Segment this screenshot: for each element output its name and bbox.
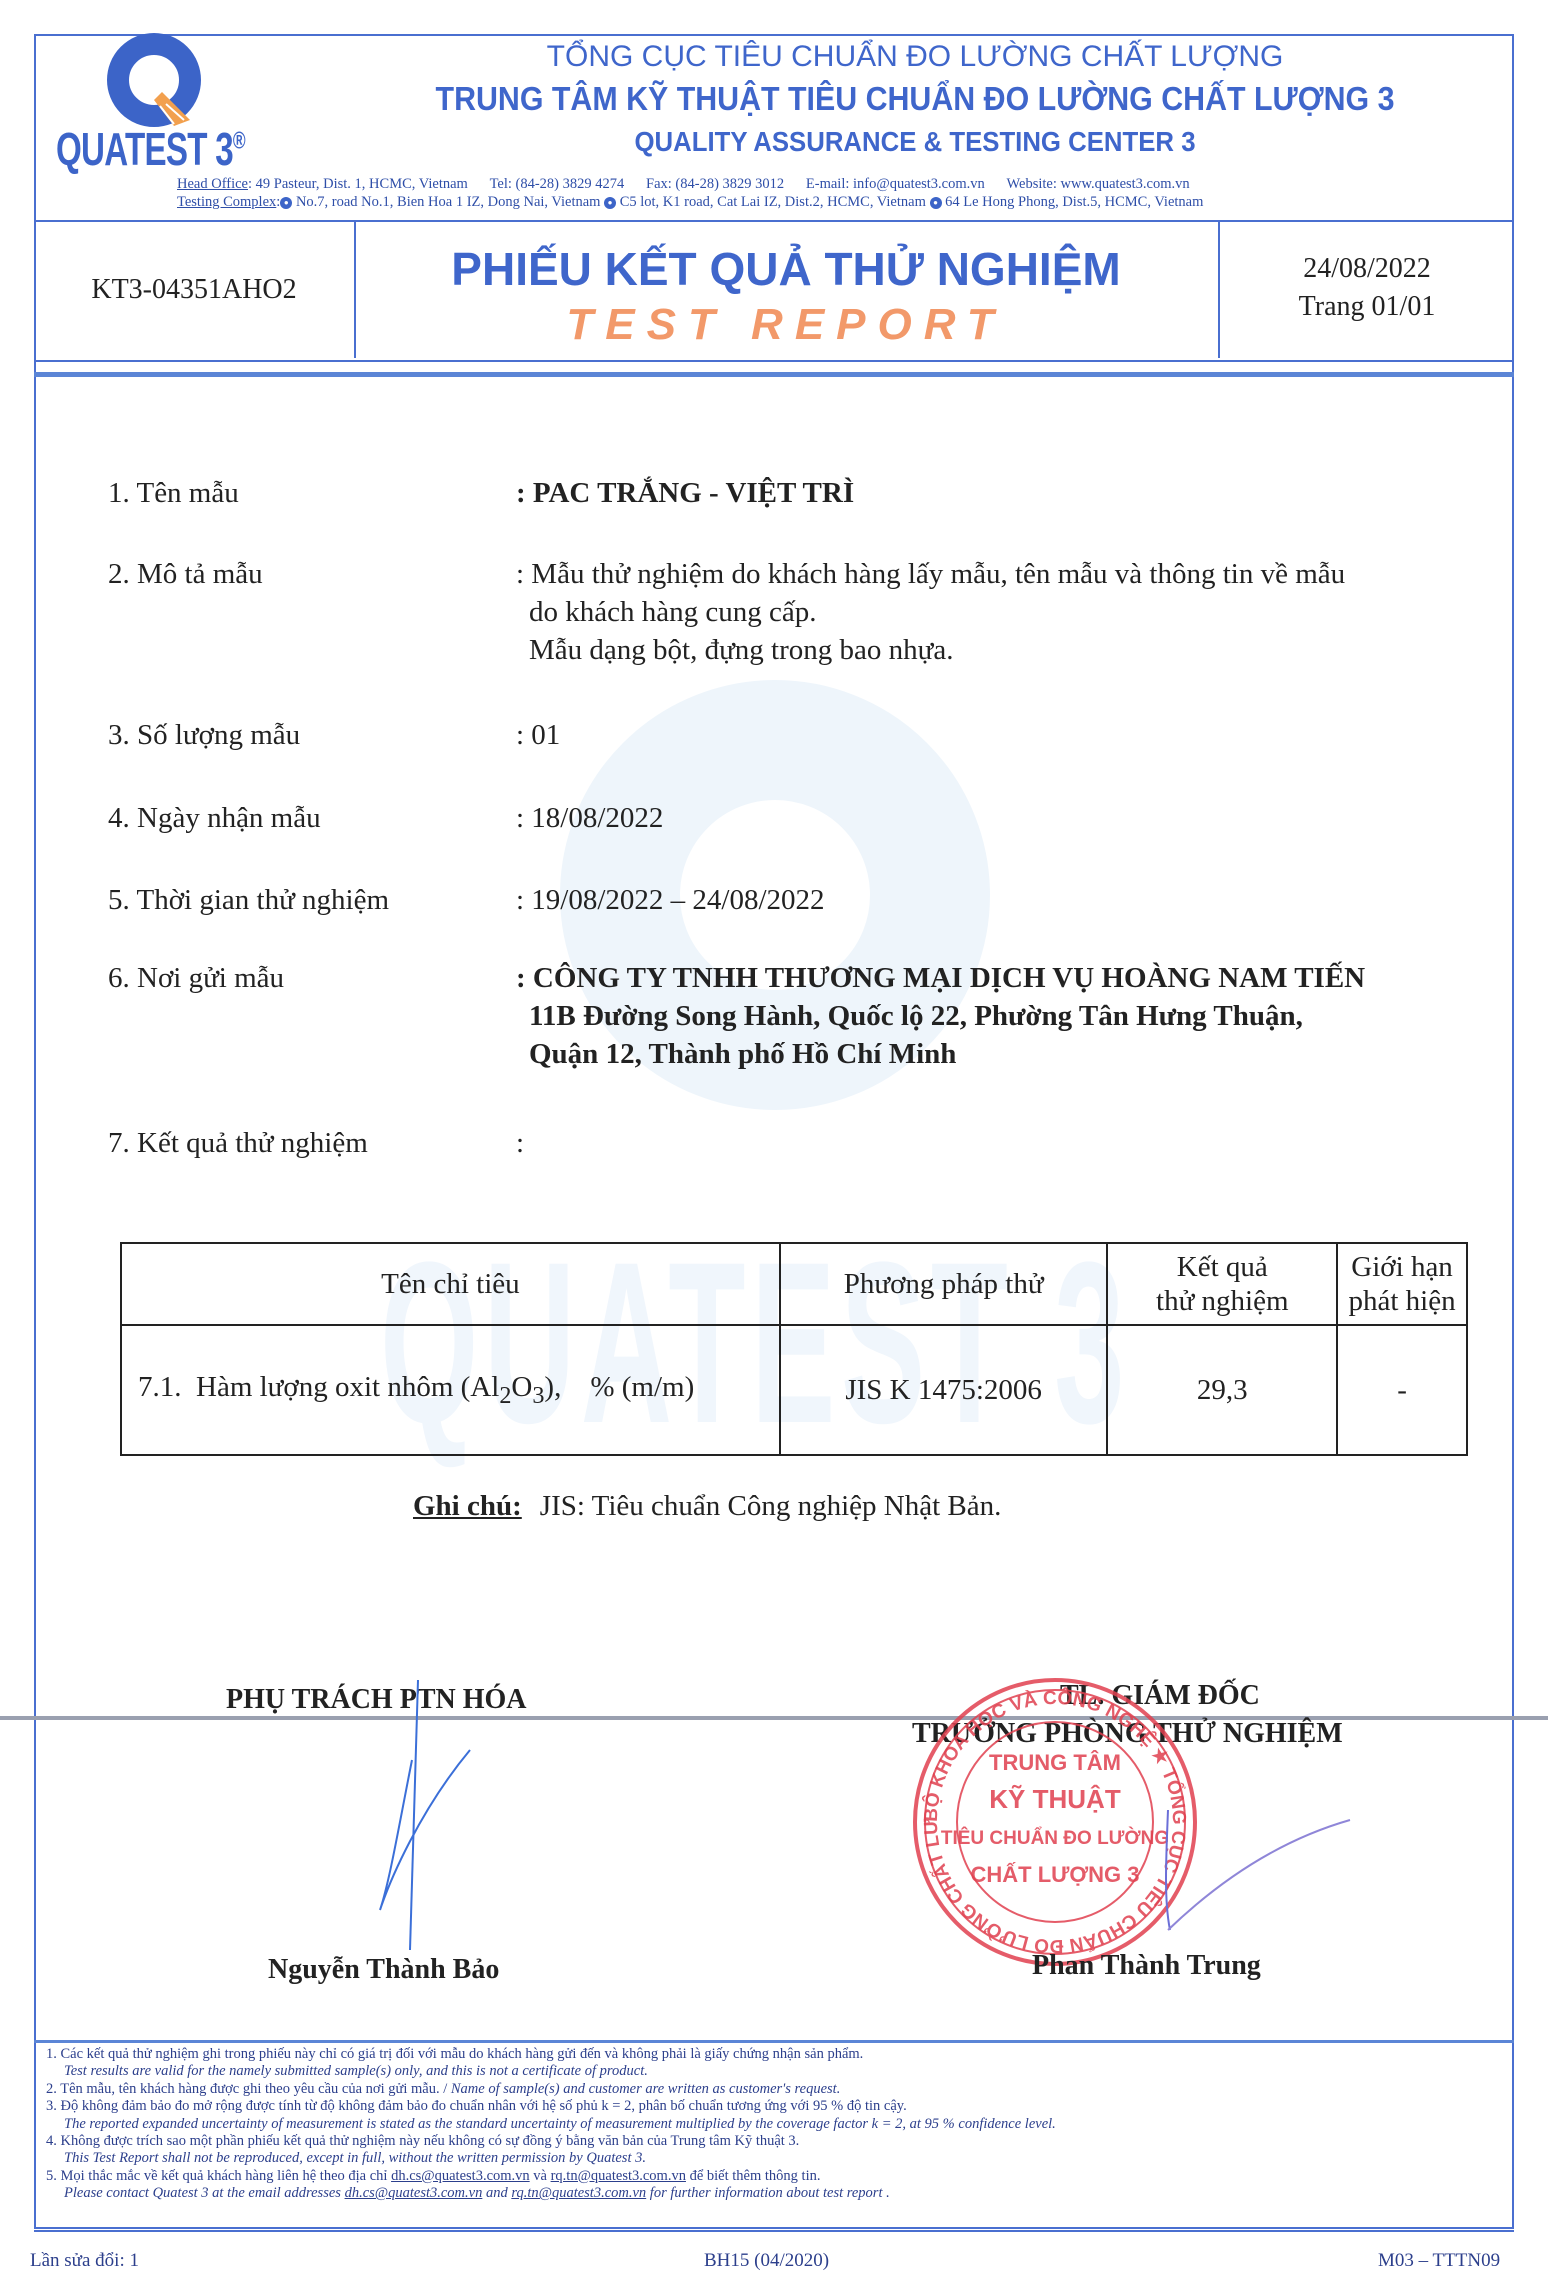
email-link-dh-cs[interactable]: dh.cs@quatest3.com.vn [391, 2168, 530, 2184]
signer-left-name: Nguyễn Thành Bảo [268, 1954, 499, 1986]
footer-note-3: 3. Độ không đảm bảo đo mở rộng được tính… [46, 2098, 1506, 2115]
page-number: Trang 01/01 [1220, 288, 1514, 326]
org-name-vn: TRUNG TÂM KỸ THUẬT TIÊU CHUẨN ĐO LƯỜNG C… [340, 80, 1490, 118]
testing-complex-line: Testing Complex:● No.7, road No.1, Bien … [177, 194, 1203, 211]
footer-bottom-border [34, 2230, 1514, 2232]
org-name-en: QUALITY ASSURANCE & TESTING CENTER 3 [340, 126, 1490, 158]
cell-detection-limit: - [1337, 1325, 1467, 1455]
footer-divider [34, 2040, 1514, 2043]
table-header-row: Tên chỉ tiêu Phương pháp thử Kết quảthử … [121, 1243, 1467, 1325]
website-link[interactable]: Website: www.quatest3.com.vn [1007, 176, 1190, 192]
col-header-detection-limit: Giới hạnphát hiện [1337, 1243, 1467, 1325]
title-divider-thick [34, 372, 1514, 377]
cell-parameter: 7.1. Hàm lượng oxit nhôm (Al2O3), % (m/m… [121, 1325, 780, 1455]
email-link-rq-tn[interactable]: rq.tn@quatest3.com.vn [551, 2168, 686, 2184]
col-header-parameter: Tên chỉ tiêu [121, 1243, 780, 1325]
org-parent-name: TỔNG CỤC TIÊU CHUẨN ĐO LƯỜNG CHẤT LƯỢNG [290, 40, 1540, 74]
email-link-rq-tn-en[interactable]: rq.tn@quatest3.com.vn [511, 2185, 646, 2201]
results-table: Tên chỉ tiêu Phương pháp thử Kết quảthử … [120, 1242, 1468, 1456]
email-link-dh-cs-en[interactable]: dh.cs@quatest3.com.vn [345, 2185, 483, 2201]
title-row: KT3-04351AHO2 PHIẾU KẾT QUẢ THỬ NGHIỆM T… [34, 222, 1514, 358]
footer-note-4: 4. Không được trích sao một phần phiếu k… [46, 2133, 1506, 2150]
col-header-method: Phương pháp thử [780, 1243, 1108, 1325]
report-date: 24/08/2022 [1220, 250, 1514, 288]
fax: Fax: (84-28) 3829 3012 [646, 176, 784, 192]
date-page-box: 24/08/2022 Trang 01/01 [1218, 222, 1514, 358]
signer-right-name: Phan Thành Trung [1032, 1950, 1261, 1982]
col-header-result: Kết quảthử nghiệm [1107, 1243, 1337, 1325]
cell-result: 29,3 [1107, 1325, 1337, 1455]
cell-method: JIS K 1475:2006 [780, 1325, 1108, 1455]
footer-notes: 1. Các kết quả thử nghiệm ghi trong phiế… [46, 2046, 1506, 2203]
location-pin-icon: ● [930, 197, 942, 209]
svg-text:TRUNG TÂM: TRUNG TÂM [989, 1750, 1121, 1775]
document-code: M03 – TTTN09 [1378, 2250, 1500, 2272]
table-row: 7.1. Hàm lượng oxit nhôm (Al2O3), % (m/m… [121, 1325, 1467, 1455]
note: Ghi chú:JIS: Tiêu chuẩn Công nghiệp Nhật… [413, 1490, 1001, 1523]
logo-wordmark: QUATEST 3® [56, 122, 245, 176]
title-vn: PHIẾU KẾT QUẢ THỬ NGHIỆM [356, 242, 1216, 296]
report-title: PHIẾU KẾT QUẢ THỬ NGHIỆM TEST REPORT [356, 222, 1216, 358]
report-number: KT3-04351AHO2 [34, 222, 356, 358]
logo-ring-icon [104, 30, 204, 130]
revision-number: Lần sửa đổi: 1 [30, 2250, 139, 2272]
title-divider-thin [34, 360, 1514, 362]
form-code: BH15 (04/2020) [704, 2250, 829, 2272]
tel: Tel: (84-28) 3829 4274 [490, 176, 625, 192]
footer-note-5: 5. Mọi thắc mắc về kết quả khách hàng li… [46, 2168, 1506, 2185]
email-link[interactable]: E-mail: info@quatest3.com.vn [806, 176, 985, 192]
footer-note-2: 2. Tên mẫu, tên khách hàng được ghi theo… [46, 2081, 1506, 2098]
signature-right-icon [1100, 1800, 1360, 1940]
location-pin-icon: ● [604, 197, 616, 209]
location-pin-icon: ● [280, 197, 292, 209]
footer-note-1: 1. Các kết quả thử nghiệm ghi trong phiế… [46, 2046, 1506, 2063]
head-office-line: Head Office: 49 Pasteur, Dist. 1, HCMC, … [177, 176, 1190, 193]
quatest-logo: QUATEST 3® [56, 30, 286, 175]
signature-left-icon [360, 1680, 480, 1970]
title-en: TEST REPORT [356, 300, 1216, 350]
